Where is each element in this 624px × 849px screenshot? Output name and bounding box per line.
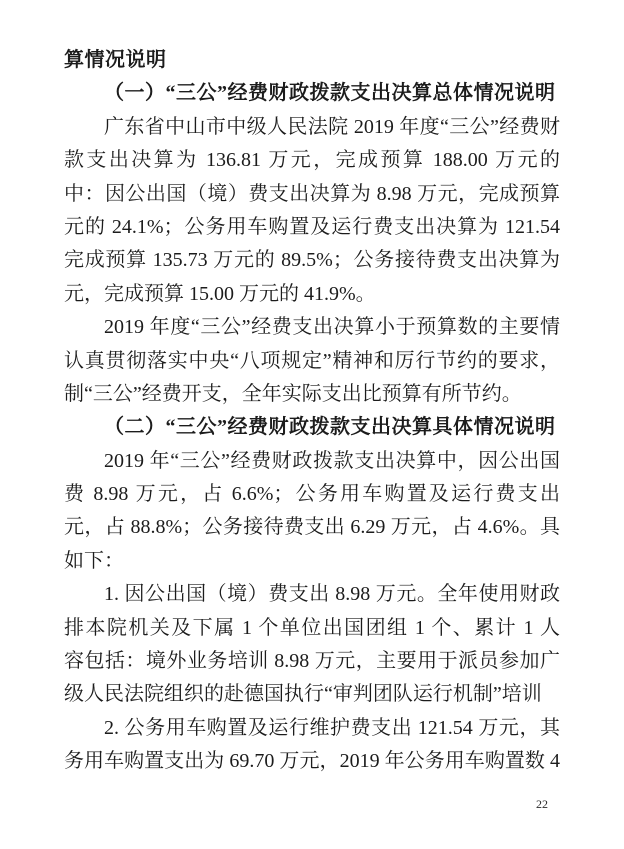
text-line: 元，占 88.8%；公务接待费支出 6.29 万元，占 4.6%。具体情况: [64, 511, 560, 544]
text-line: 容包括：境外业务培训 8.98 万元，主要用于派员参加广东省高: [64, 645, 560, 678]
text-line: 元，完成预算 15.00 万元的 41.9%。: [64, 278, 560, 311]
text-line: 务用车购置支出为 69.70 万元，2019 年公务用车购置数 4 辆。公: [64, 745, 560, 778]
text-line: 中：因公出国（境）费支出决算为 8.98 万元，完成预算 37.27 万: [64, 178, 560, 211]
text-line: 2019 年度“三公”经费支出决算小于预算数的主要情况：: [64, 311, 560, 344]
text-line: 级人民法院组织的赴德国执行“审判团队运行机制”培训班。: [64, 678, 560, 711]
text-line: 排本院机关及下属 1 个单位出国团组 1 个、累计 1 人次。开支内: [64, 612, 560, 645]
subsection-heading-1: （一）“三公”经费财政拨款支出决算总体情况说明: [64, 77, 560, 110]
list-item-2-line: 2. 公务用车购置及运行维护费支出 121.54 万元，其中：公: [64, 712, 560, 745]
text-line: 制“三公”经费开支，全年实际支出比预算有所节约。: [64, 378, 560, 411]
text-line: 款支出决算为 136.81 万元，完成预算 188.00 万元的 72.8%。其: [64, 144, 560, 177]
text-line: 元的 24.1%；公务用车购置及运行费支出决算为 121.54 万元，: [64, 211, 560, 244]
list-item-1-line: 1. 因公出国（境）费支出 8.98 万元。全年使用财政拨款安: [64, 578, 560, 611]
text-line: 认真贯彻落实中央“八项规定”精神和厉行节约的要求，从严控: [64, 345, 560, 378]
text-block: 算情况说明 （一）“三公”经费财政拨款支出决算总体情况说明 广东省中山市中级人民…: [64, 44, 560, 779]
text-line: 广东省中山市中级人民法院 2019 年度“三公”经费财政拨: [64, 111, 560, 144]
page-number: 22: [530, 796, 554, 812]
continued-heading: 算情况说明: [64, 44, 560, 77]
text-line: 如下：: [64, 545, 560, 578]
subsection-heading-2: （二）“三公”经费财政拨款支出决算具体情况说明: [64, 411, 560, 444]
text-line: 费 8.98 万元，占 6.6%；公务用车购置及运行费支出 121.54 万: [64, 478, 560, 511]
text-line: 完成预算 135.73 万元的 89.5%；公务接待费支出决算为 6.29 万: [64, 244, 560, 277]
document-page: 算情况说明 （一）“三公”经费财政拨款支出决算总体情况说明 广东省中山市中级人民…: [0, 0, 624, 849]
text-line: 2019 年“三公”经费财政拨款支出决算中，因公出国（境）: [64, 445, 560, 478]
